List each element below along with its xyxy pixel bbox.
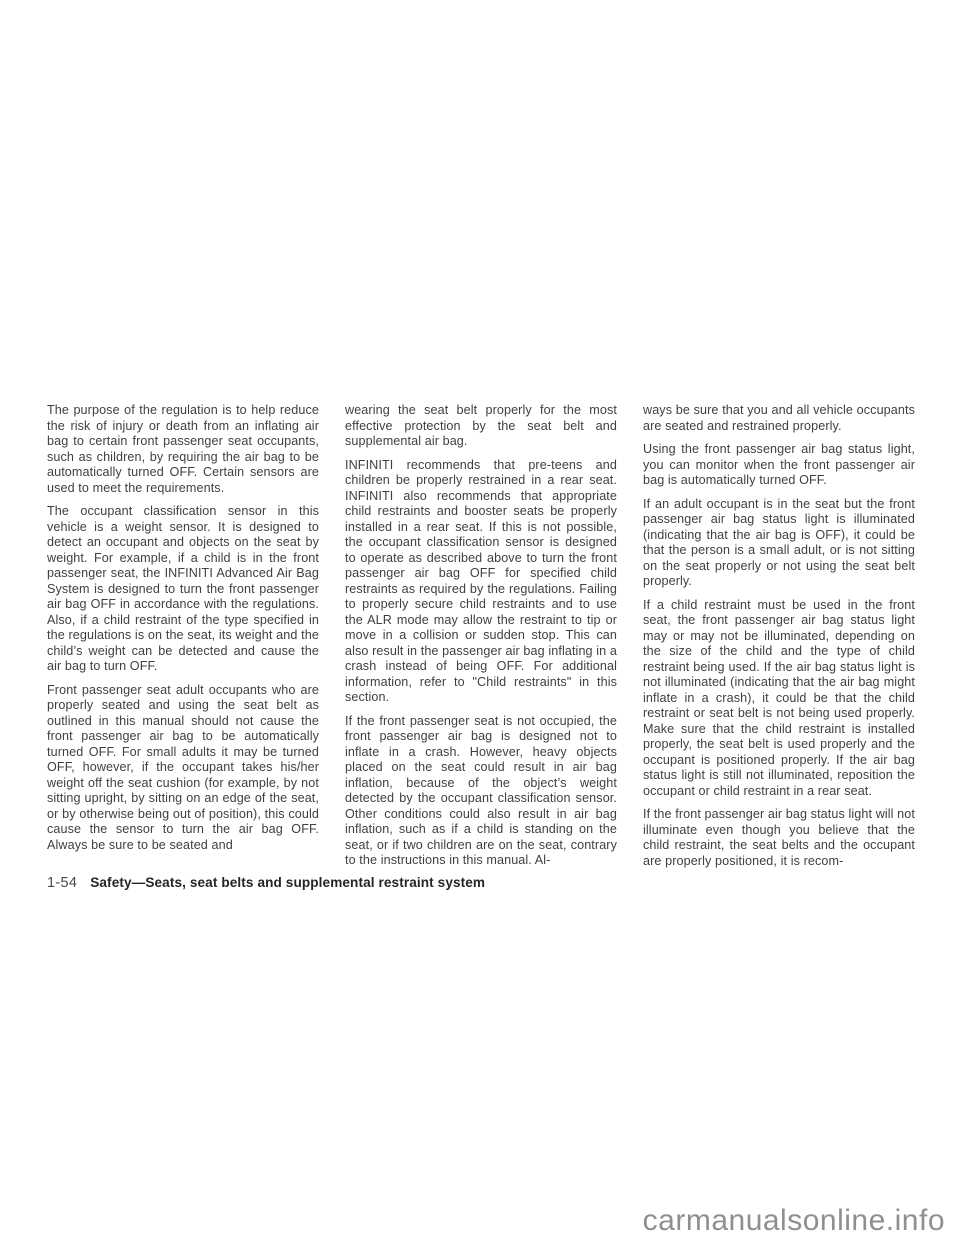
paragraph: Using the front passenger air bag status… [643,442,915,489]
paragraph: The occupant classification sensor in th… [47,504,319,675]
paragraph: Front passenger seat adult occupants who… [47,683,319,854]
page-footer: 1-54 Safety—Seats, seat belts and supple… [47,875,485,891]
paragraph: INFINITI recommends that pre-teens and c… [345,458,617,706]
text-column-2: wearing the seat belt properly for the m… [345,403,617,869]
paragraph: If the front passenger seat is not occup… [345,714,617,869]
paragraph: If the front passenger air bag status li… [643,807,915,869]
text-column-3: ways be sure that you and all vehicle oc… [643,403,915,869]
text-column-1: The purpose of the regulation is to help… [47,403,319,869]
paragraph: The purpose of the regulation is to help… [47,403,319,496]
page-number: 1-54 [47,875,77,891]
body-text-columns: The purpose of the regulation is to help… [47,403,915,869]
paragraph: If a child restraint must be used in the… [643,598,915,800]
manual-page: The purpose of the regulation is to help… [0,0,960,1242]
paragraph: If an adult occupant is in the seat but … [643,497,915,590]
footer-section-title: Safety—Seats, seat belts and supplementa… [90,875,485,890]
paragraph: wearing the seat belt properly for the m… [345,403,617,450]
watermark-text: carmanualsonline.info [643,1204,945,1238]
paragraph: ways be sure that you and all vehicle oc… [643,403,915,434]
